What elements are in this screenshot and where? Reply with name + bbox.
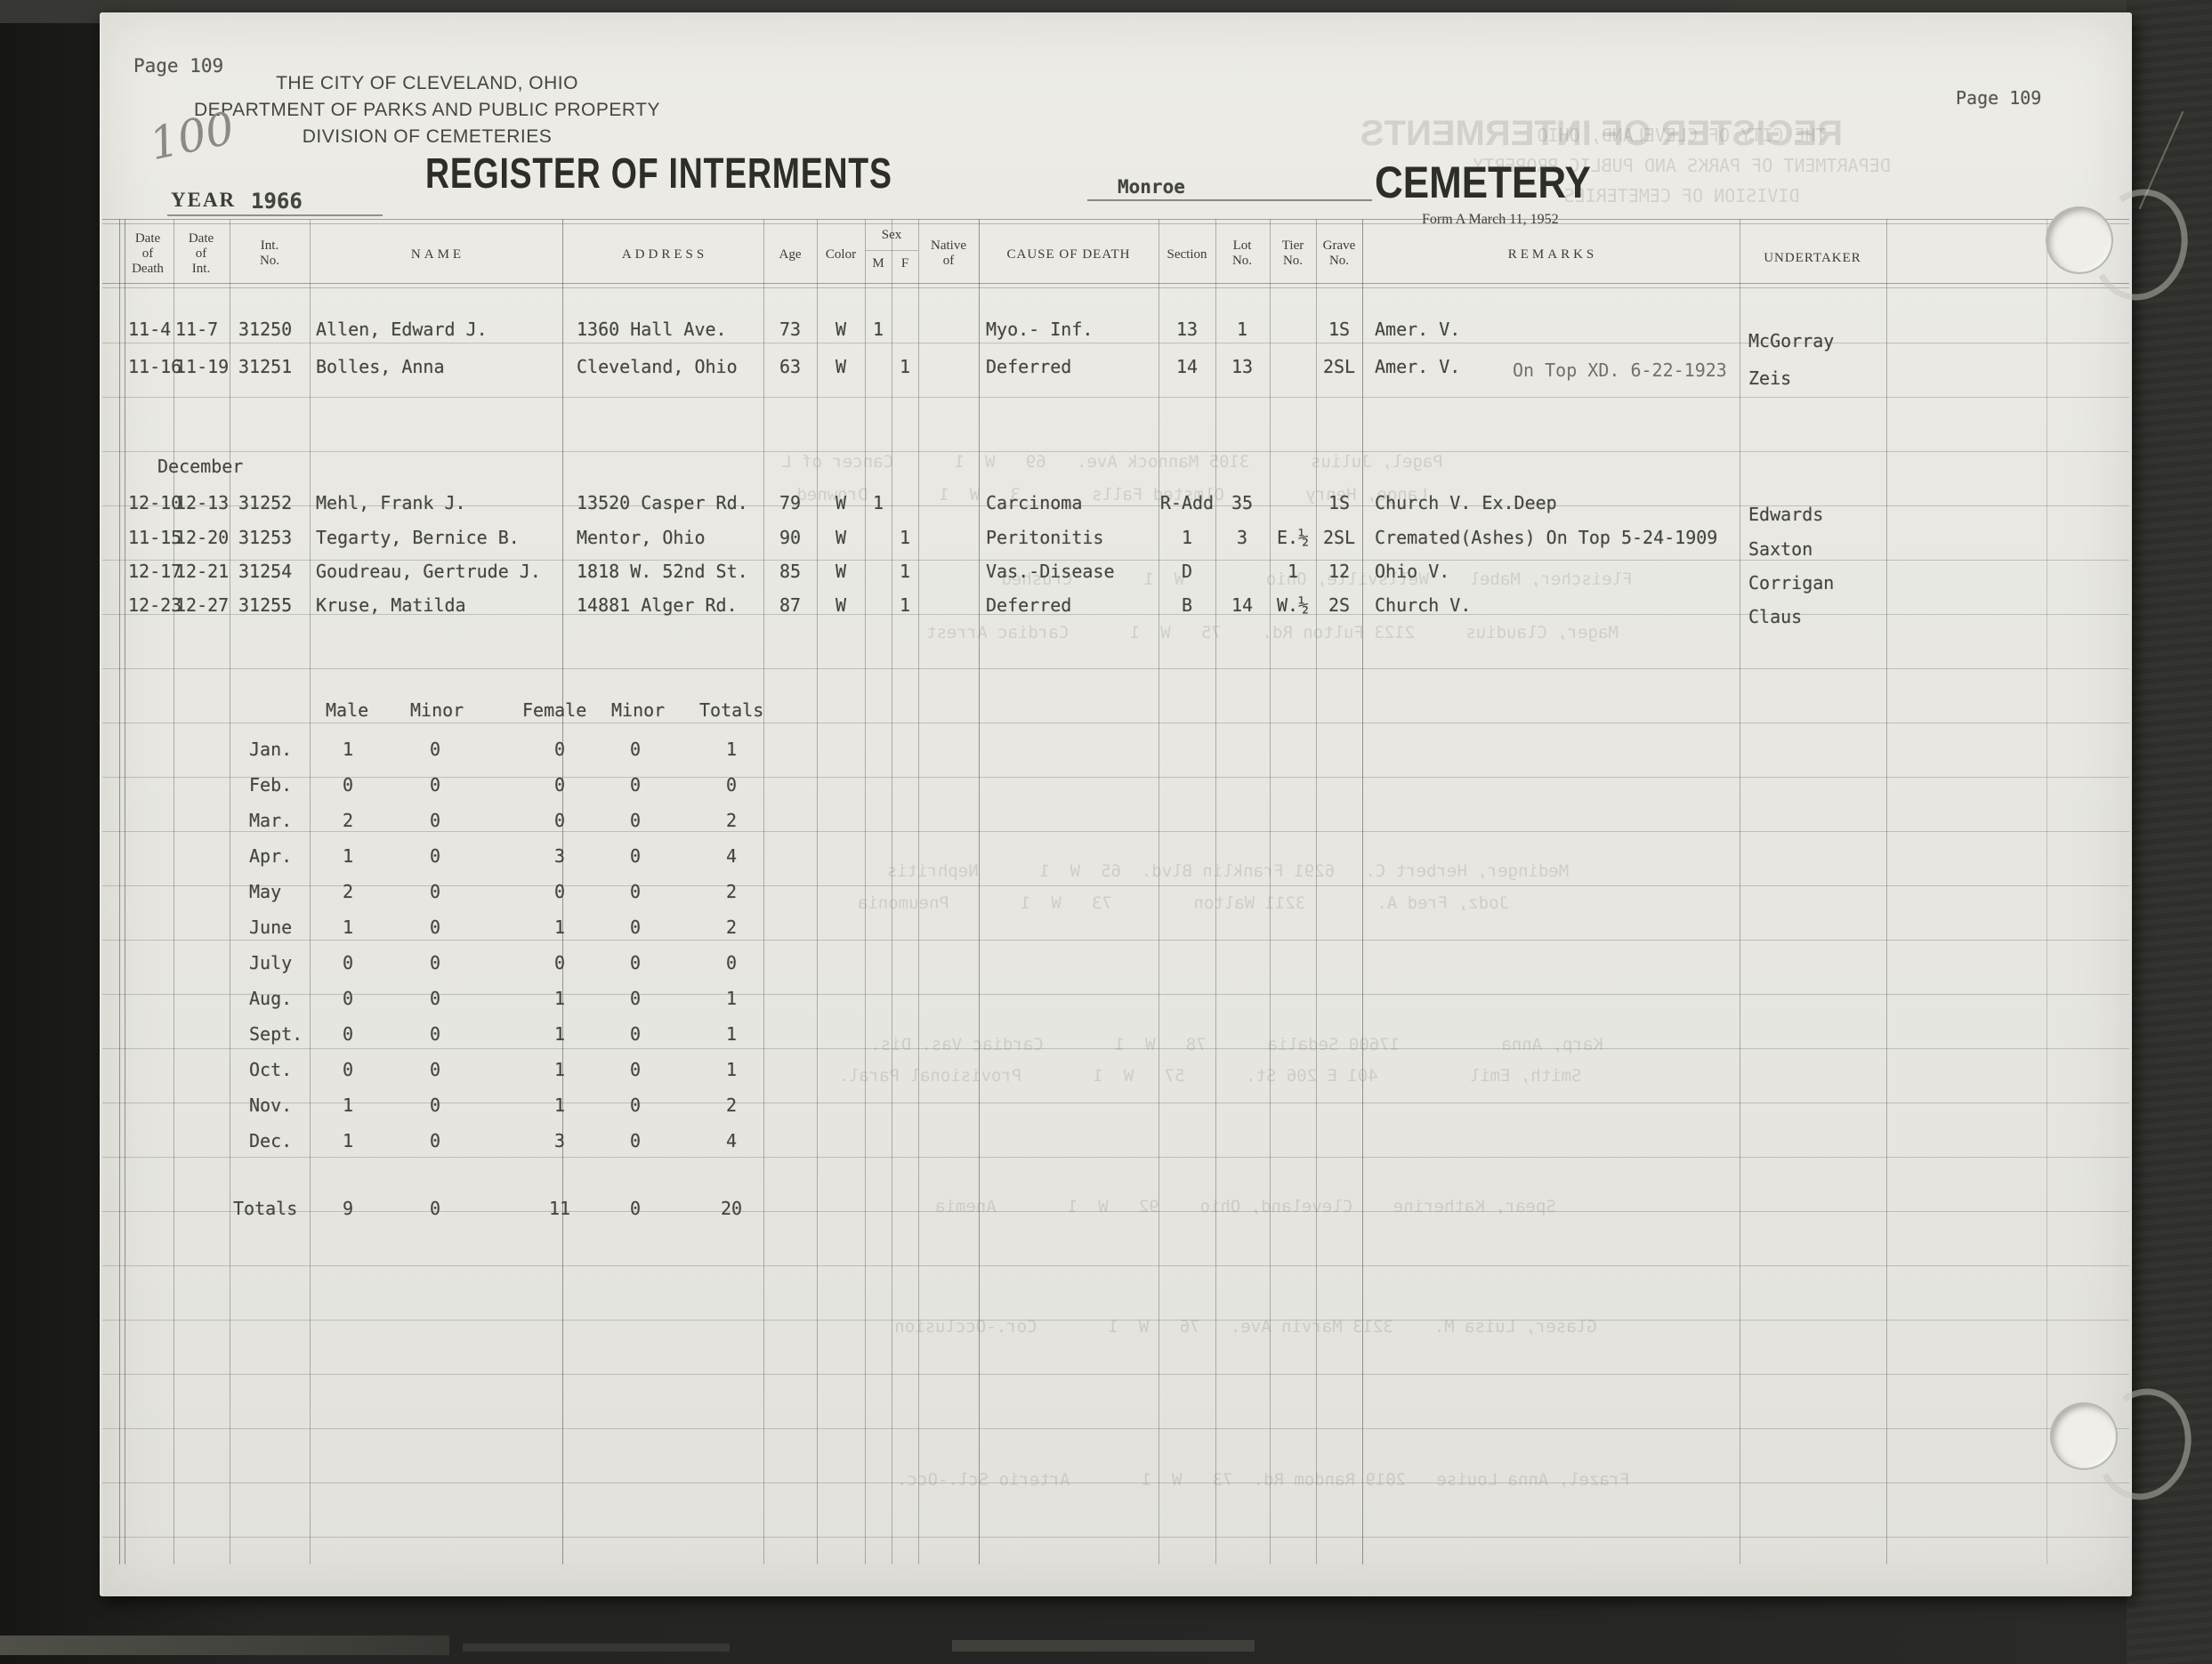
summary-col-header: Male (326, 699, 368, 721)
summary-value: 1 (726, 1023, 737, 1045)
summary-value: 0 (430, 881, 440, 902)
org-line-city: THE CITY OF CLEVELAND, OHIO (276, 73, 578, 94)
summary-total-value: 0 (430, 1198, 440, 1219)
summary-value: 0 (430, 1095, 440, 1116)
summary-value: 0 (630, 810, 641, 831)
summary-value: 2 (726, 917, 737, 938)
column-rule (918, 219, 919, 1564)
summary-value: 3 (554, 1130, 565, 1151)
bleedthrough-text: REGISTER OF INTERMENTS (1360, 114, 1843, 154)
scan-artifact-streak (463, 1644, 730, 1652)
column-rule (2047, 219, 2047, 1564)
summary-value: 4 (726, 845, 737, 867)
col-header-name: NAME (411, 247, 464, 263)
summary-month-label: Sept. (249, 1023, 303, 1045)
summary-total-value: 20 (721, 1198, 742, 1219)
summary-value: 1 (726, 1059, 737, 1080)
year-label: YEAR (171, 189, 236, 212)
summary-totals-label: Totals (233, 1198, 297, 1219)
summary-value: 0 (430, 988, 440, 1009)
column-rule (310, 219, 311, 1564)
scan-artifact-streak (0, 1636, 449, 1655)
summary-value: 0 (343, 774, 353, 796)
summary-value: 1 (554, 1095, 565, 1116)
summary-value: 1 (726, 739, 737, 760)
cemetery-name-underline (1087, 199, 1372, 201)
summary-month-label: Nov. (249, 1095, 292, 1116)
header-bottom-rule (102, 283, 2129, 284)
org-line-department: DEPARTMENT OF PARKS AND PUBLIC PROPERTY (194, 100, 660, 121)
summary-value: 0 (630, 1130, 641, 1151)
summary-value: 0 (430, 1023, 440, 1045)
summary-total-value: 9 (343, 1198, 353, 1219)
summary-value: 0 (343, 988, 353, 1009)
summary-value: 0 (430, 1059, 440, 1080)
summary-value: 0 (430, 810, 440, 831)
cemetery-label: CEMETERY (1375, 157, 1591, 208)
binder-ring-hole-bottom (2050, 1402, 2118, 1470)
org-line-division: DIVISION OF CEMETERIES (303, 126, 553, 148)
column-rule (892, 219, 892, 1564)
summary-value: 0 (343, 952, 353, 973)
column-rule (1158, 219, 1159, 1564)
summary-value: 0 (554, 739, 565, 760)
summary-value: 3 (554, 845, 565, 867)
summary-total-value: 11 (549, 1198, 570, 1219)
column-rule (1270, 219, 1271, 1564)
summary-month-label: June (249, 917, 292, 938)
summary-value: 0 (630, 1023, 641, 1045)
summary-value: 0 (430, 774, 440, 796)
summary-value: 0 (630, 1095, 641, 1116)
summary-value: 1 (343, 1095, 353, 1116)
col-header-date-of-int: Date of Int. (189, 231, 214, 277)
col-header-lot-no: Lot No. (1232, 238, 1252, 269)
binder-ring-hole-top (2046, 206, 2113, 274)
summary-value: 1 (726, 988, 737, 1009)
summary-value: 0 (726, 774, 737, 796)
summary-value: 0 (430, 845, 440, 867)
summary-value: 0 (430, 739, 440, 760)
summary-value: 2 (726, 810, 737, 831)
summary-value: 0 (554, 952, 565, 973)
summary-value: 1 (554, 1023, 565, 1045)
summary-month-label: July (249, 952, 292, 973)
summary-value: 4 (726, 1130, 737, 1151)
column-rule (979, 219, 980, 1564)
column-rule (763, 219, 764, 1564)
summary-value: 2 (343, 810, 353, 831)
col-header-undertaker: UNDERTAKER (1764, 251, 1861, 266)
summary-value: 0 (554, 810, 565, 831)
form-note: Form A March 11, 1952 (1422, 212, 1559, 228)
summary-month-label: Feb. (249, 774, 292, 796)
column-rule (1740, 219, 1740, 1564)
column-rule (817, 219, 818, 1564)
summary-col-header: Totals (699, 699, 763, 721)
summary-value: 2 (726, 881, 737, 902)
col-header-address: ADDRESS (622, 247, 707, 263)
summary-value: 0 (630, 774, 641, 796)
col-header-age: Age (779, 247, 802, 263)
summary-month-label: Apr. (249, 845, 292, 867)
summary-value: 1 (554, 1059, 565, 1080)
summary-value: 0 (343, 1059, 353, 1080)
summary-value: 0 (343, 1023, 353, 1045)
col-header-color: Color (826, 247, 856, 263)
column-rule (1362, 219, 1363, 1564)
summary-total-value: 0 (630, 1198, 641, 1219)
summary-value: 0 (430, 1130, 440, 1151)
col-header-grave-no: Grave No. (1323, 238, 1356, 269)
column-rule (230, 219, 230, 1564)
summary-value: 0 (630, 952, 641, 973)
col-header-tier-no: Tier No. (1282, 238, 1304, 269)
summary-value: 0 (554, 881, 565, 902)
summary-month-label: May (249, 881, 281, 902)
summary-value: 0 (430, 952, 440, 973)
summary-value: 0 (726, 952, 737, 973)
summary-value: 0 (554, 774, 565, 796)
year-underline (167, 214, 383, 216)
col-header-sex-m: M (872, 256, 884, 271)
summary-month-label: Dec. (249, 1130, 292, 1151)
summary-value: 0 (630, 739, 641, 760)
summary-value: 1 (343, 845, 353, 867)
col-header-sex-f: F (901, 256, 908, 271)
col-header-int-no: Int. No. (260, 238, 279, 269)
summary-value: 1 (343, 917, 353, 938)
ruled-lines (102, 289, 2129, 1567)
year-value: 1966 (251, 189, 303, 214)
column-rule (119, 219, 120, 1564)
summary-value: 0 (630, 988, 641, 1009)
column-rule (125, 219, 125, 1564)
summary-month-label: Aug. (249, 988, 292, 1009)
document-photo: THE CITY OF CLEVELAND, OHIODEPARTMENT OF… (0, 0, 2212, 1664)
summary-value: 0 (630, 917, 641, 938)
summary-value: 0 (430, 917, 440, 938)
summary-col-header: Minor (410, 699, 464, 721)
bleedthrough-text: DIVISION OF CEMETERIES (1564, 185, 1800, 206)
summary-value: 2 (726, 1095, 737, 1116)
col-header-remarks: REMARKS (1508, 247, 1598, 263)
col-header-native-of: Native of (931, 238, 966, 269)
page-number-left: Page 109 (133, 55, 223, 77)
col-header-cause-of-death: CAUSE OF DEATH (1006, 247, 1130, 263)
summary-value: 1 (554, 917, 565, 938)
month-label: December (157, 456, 243, 477)
summary-month-label: Jan. (249, 739, 292, 760)
table-top-rule (102, 219, 2129, 220)
summary-value: 2 (343, 881, 353, 902)
column-rule (174, 219, 174, 1564)
column-rule (1886, 219, 1887, 1564)
summary-value: 1 (554, 988, 565, 1009)
summary-value: 1 (343, 739, 353, 760)
scan-artifact-streak (952, 1640, 1255, 1652)
summary-value: 0 (630, 845, 641, 867)
summary-month-label: Mar. (249, 810, 292, 831)
column-rule (865, 219, 866, 1564)
cemetery-name-value: Monroe (1118, 176, 1185, 198)
summary-value: 1 (343, 1130, 353, 1151)
summary-col-header: Minor (611, 699, 665, 721)
col-header-date-of-death: Date of Death (132, 231, 164, 277)
summary-col-header: Female (522, 699, 586, 721)
header-bottom-rule-2 (102, 287, 2129, 288)
page-number-right: Page 109 (1956, 87, 2041, 109)
table-top-rule-2 (102, 223, 2129, 224)
summary-month-label: Oct. (249, 1059, 292, 1080)
col-header-section: Section (1167, 247, 1207, 263)
summary-value: 0 (630, 1059, 641, 1080)
column-rule (1316, 219, 1317, 1564)
column-rule (1215, 219, 1216, 1564)
page-title: REGISTER OF INTERMENTS (425, 149, 892, 198)
summary-value: 0 (630, 881, 641, 902)
col-header-sex: Sex (882, 228, 902, 243)
